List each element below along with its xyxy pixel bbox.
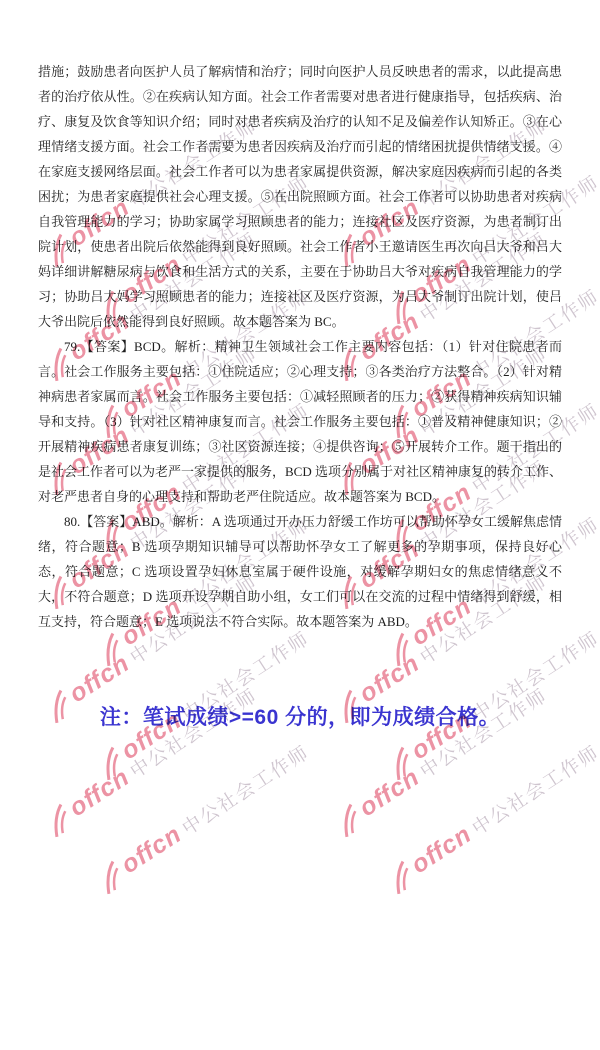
offcn-logo-swoosh-icon: [40, 802, 75, 839]
watermark-brand-text: offcn: [116, 820, 187, 880]
offcn-logo-swoosh-icon: [92, 745, 127, 782]
watermark-cn-text: 中公社会工作师: [414, 681, 552, 784]
watermark-brand-text: offcn: [406, 820, 477, 880]
answer-explanations-body: 措施；鼓励患者向医护人员了解病情和治疗；同时向医护人员反映患者的需求，以此提高患…: [38, 59, 562, 634]
watermark-cn-text: 中公社会工作师: [124, 681, 262, 784]
watermark-cn-text: 中公社会工作师: [466, 738, 600, 841]
offcn-logo-swoosh-icon: [92, 859, 127, 896]
watermark: offcn中公社会工作师: [382, 737, 600, 896]
offcn-logo-swoosh-icon: [382, 859, 417, 896]
watermark-brand-text: offcn: [354, 763, 425, 823]
offcn-logo-swoosh-icon: [382, 745, 417, 782]
paragraph-answer-79-explanation: 79.【答案】BCD。解析：精神卫生领域社会工作主要内容包括：（1）针对住院患者…: [38, 334, 562, 509]
paragraph-answer-80-explanation: 80.【答案】ABD。解析：A 选项通过开办压力舒缓工作坊可以帮助怀孕女工缓解焦…: [38, 509, 562, 634]
paragraph-answer-78-explanation-continued: 措施；鼓励患者向医护人员了解病情和治疗；同时向医护人员反映患者的需求，以此提高患…: [38, 59, 562, 334]
offcn-logo-swoosh-icon: [92, 631, 127, 668]
watermark-brand-text: offcn: [64, 763, 135, 823]
offcn-logo-swoosh-icon: [330, 802, 365, 839]
document-page: 措施；鼓励患者向医护人员了解病情和治疗；同时向医护人员反映患者的需求，以此提高患…: [0, 0, 600, 1050]
pass-score-note: 注：笔试成绩>=60 分的，即为成绩合格。: [0, 701, 600, 731]
watermark-cn-text: 中公社会工作师: [176, 738, 314, 841]
watermark: offcn中公社会工作师: [92, 737, 315, 896]
offcn-logo-swoosh-icon: [382, 631, 417, 668]
